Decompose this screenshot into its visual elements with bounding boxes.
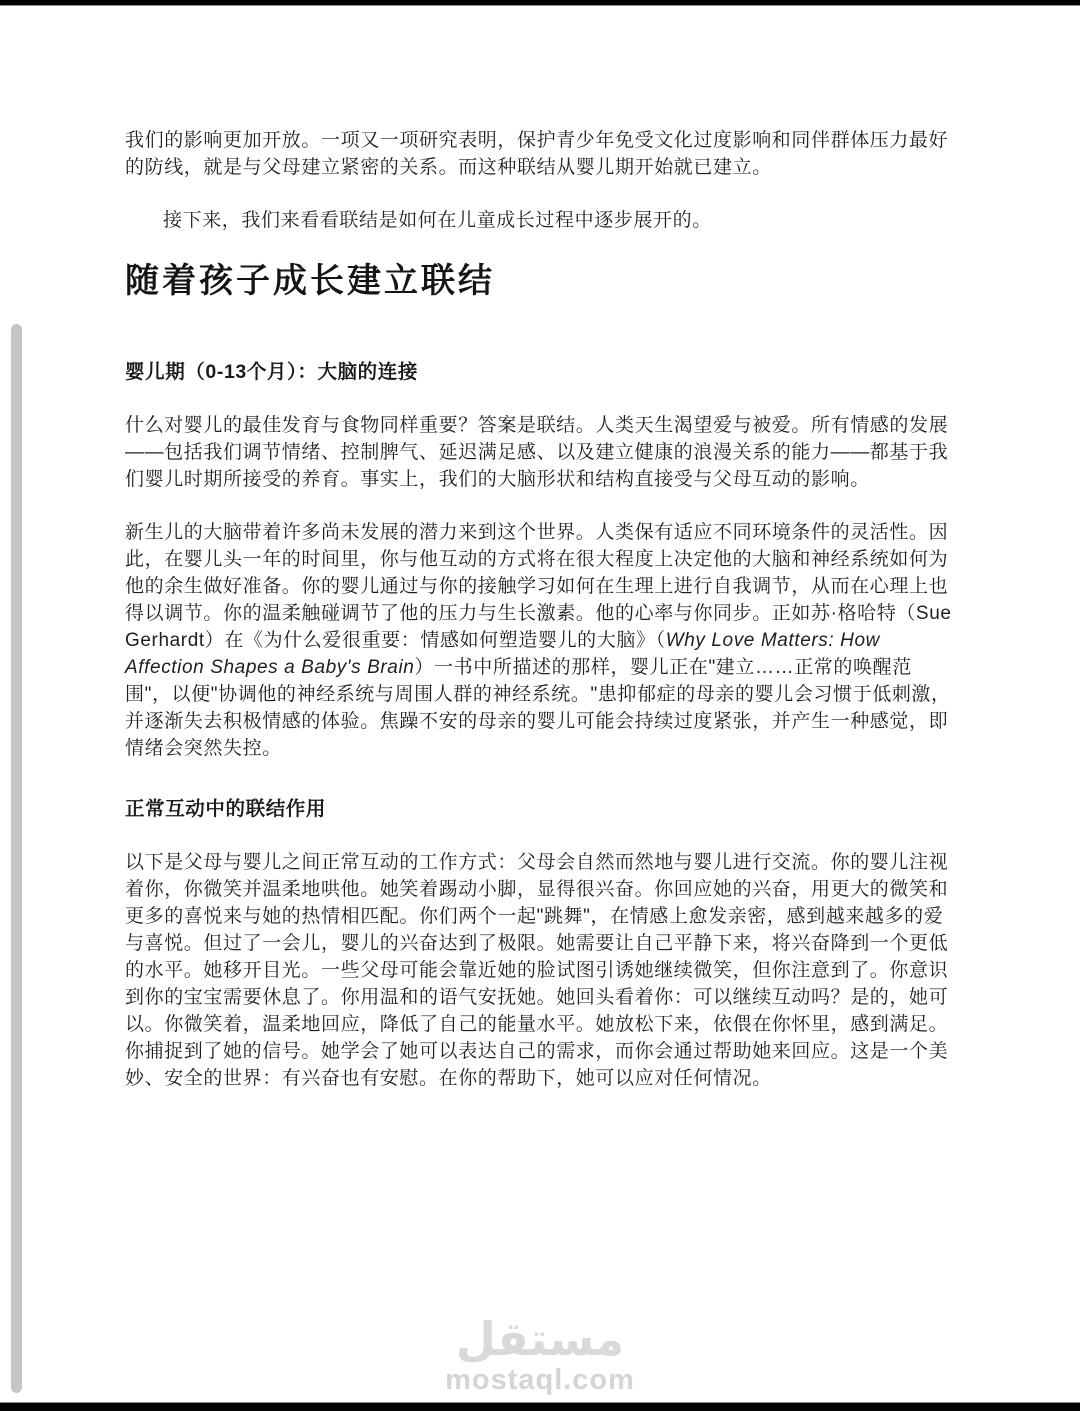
intro-paragraph: 我们的影响更加开放。一项又一项研究表明，保护青少年免受文化过度影响和同伴群体压力… — [125, 127, 958, 181]
section-heading-infancy: 婴儿期（0-13个月）：大脑的连接 — [125, 359, 958, 386]
paragraph-food-comparison: 什么对婴儿的最佳发育与食物同样重要？答案是联结。人类天生渴望爱与被爱。所有情感的… — [125, 412, 958, 493]
chapter-title: 随着孩子成长建立联结 — [125, 260, 958, 303]
top-frame-bar — [0, 0, 1080, 6]
mostaql-domain-text: mostaql.com — [0, 1364, 1080, 1397]
paragraph-newborn-brain: 新生儿的大脑带着许多尚未发展的潜力来到这个世界。人类保有适应不同环境条件的灵活性… — [125, 519, 958, 762]
bottom-frame-bar — [0, 1402, 1080, 1411]
mostaql-logo-arabic: مستقل — [0, 1316, 1080, 1362]
scrollbar-thumb[interactable] — [11, 324, 22, 1393]
document-page: 我们的影响更加开放。一项又一项研究表明，保护青少年免受文化过度影响和同伴群体压力… — [0, 6, 1080, 1402]
page-content: 我们的影响更加开放。一项又一项研究表明，保护青少年免受文化过度影响和同伴群体压力… — [125, 6, 958, 1118]
paragraph-interaction-dance: 以下是父母与婴儿之间正常互动的工作方式：父母会自然而然地与婴儿进行交流。你的婴儿… — [125, 849, 958, 1092]
transition-paragraph: 接下来，我们来看看联结是如何在儿童成长过程中逐步展开的。 — [125, 207, 958, 234]
watermark: مستقل mostaql.com — [0, 1316, 1080, 1397]
section-heading-normal-interaction: 正常互动中的联结作用 — [125, 796, 958, 823]
